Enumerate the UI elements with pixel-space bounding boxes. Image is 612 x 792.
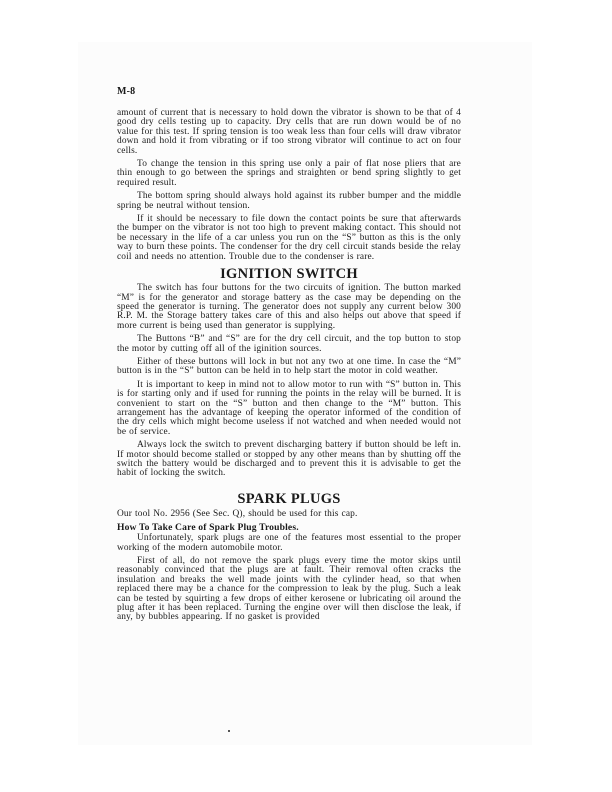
section-heading: IGNITION SWITCH [117,265,461,283]
paragraph: If it should be necessary to file down t… [117,215,461,262]
tool-note: Our tool No. 2956 (See Sec. Q), should b… [117,510,461,519]
subheading: How To Take Care of Spark Plug Troubles. [117,522,461,533]
scan-speck [228,730,230,732]
paragraph: To change the tension in this spring use… [117,160,461,188]
paragraph: amount of current that is necessary to h… [117,109,461,156]
paragraph: First of all, do not remove the spark pl… [117,557,461,623]
page-number: M-8 [117,86,461,97]
paragraph: The bottom spring should always hold aga… [117,192,461,211]
ignition-switch-section: IGNITION SWITCH The switch has four butt… [117,265,461,479]
paragraph: Always lock the switch to prevent discha… [117,441,461,479]
paragraph: It is important to keep in mind not to a… [117,381,461,437]
section-heading: SPARK PLUGS [117,490,461,508]
intro-section: amount of current that is necessary to h… [117,109,461,262]
paragraph: Either of these buttons will lock in but… [117,358,461,377]
manual-page: M-8 amount of current that is necessary … [117,86,461,623]
paragraph: The switch has four buttons for the two … [117,284,461,331]
paragraph: Unfortunately, spark plugs are one of th… [117,534,461,553]
spark-plugs-section: SPARK PLUGS Our tool No. 2956 (See Sec. … [117,490,461,623]
paragraph: The Buttons “B” and “S” are for the dry … [117,335,461,354]
